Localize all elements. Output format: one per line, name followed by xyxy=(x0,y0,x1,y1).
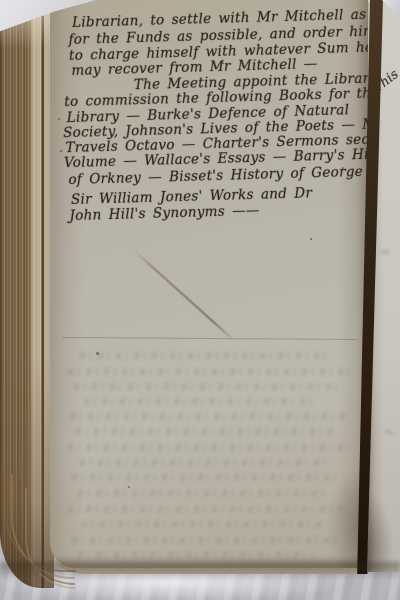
paper-speck xyxy=(222,62,224,64)
bleed-line xyxy=(68,506,349,513)
manuscript-photo: Librarian, to settle with Mr Mitchell as… xyxy=(0,0,400,600)
bleed-line xyxy=(76,428,333,435)
paper-speck xyxy=(58,118,60,120)
bleed-line xyxy=(78,490,331,497)
left-page: Librarian, to settle with Mr Mitchell as… xyxy=(50,0,368,568)
paper-smudge xyxy=(380,250,390,254)
book-bottom-shadow xyxy=(0,562,400,580)
paper-speck xyxy=(96,352,99,355)
paper-smudge xyxy=(384,428,395,435)
paper-speck xyxy=(342,167,344,169)
bleed-line xyxy=(82,521,323,528)
ink-bleedthrough xyxy=(50,0,368,568)
paper-speck xyxy=(154,212,156,214)
bleed-line xyxy=(80,459,327,466)
bleed-line xyxy=(72,474,343,481)
bleed-line xyxy=(68,444,353,451)
paper-speck xyxy=(60,150,62,152)
bleed-line xyxy=(68,368,351,375)
bleed-line xyxy=(78,551,315,558)
bleed-line xyxy=(72,537,341,544)
paper-speck xyxy=(310,238,312,240)
paper-speck xyxy=(128,486,130,488)
bleed-line xyxy=(84,398,315,405)
bleed-line xyxy=(74,383,343,390)
bleed-line xyxy=(70,413,347,420)
bleed-line xyxy=(80,352,331,359)
